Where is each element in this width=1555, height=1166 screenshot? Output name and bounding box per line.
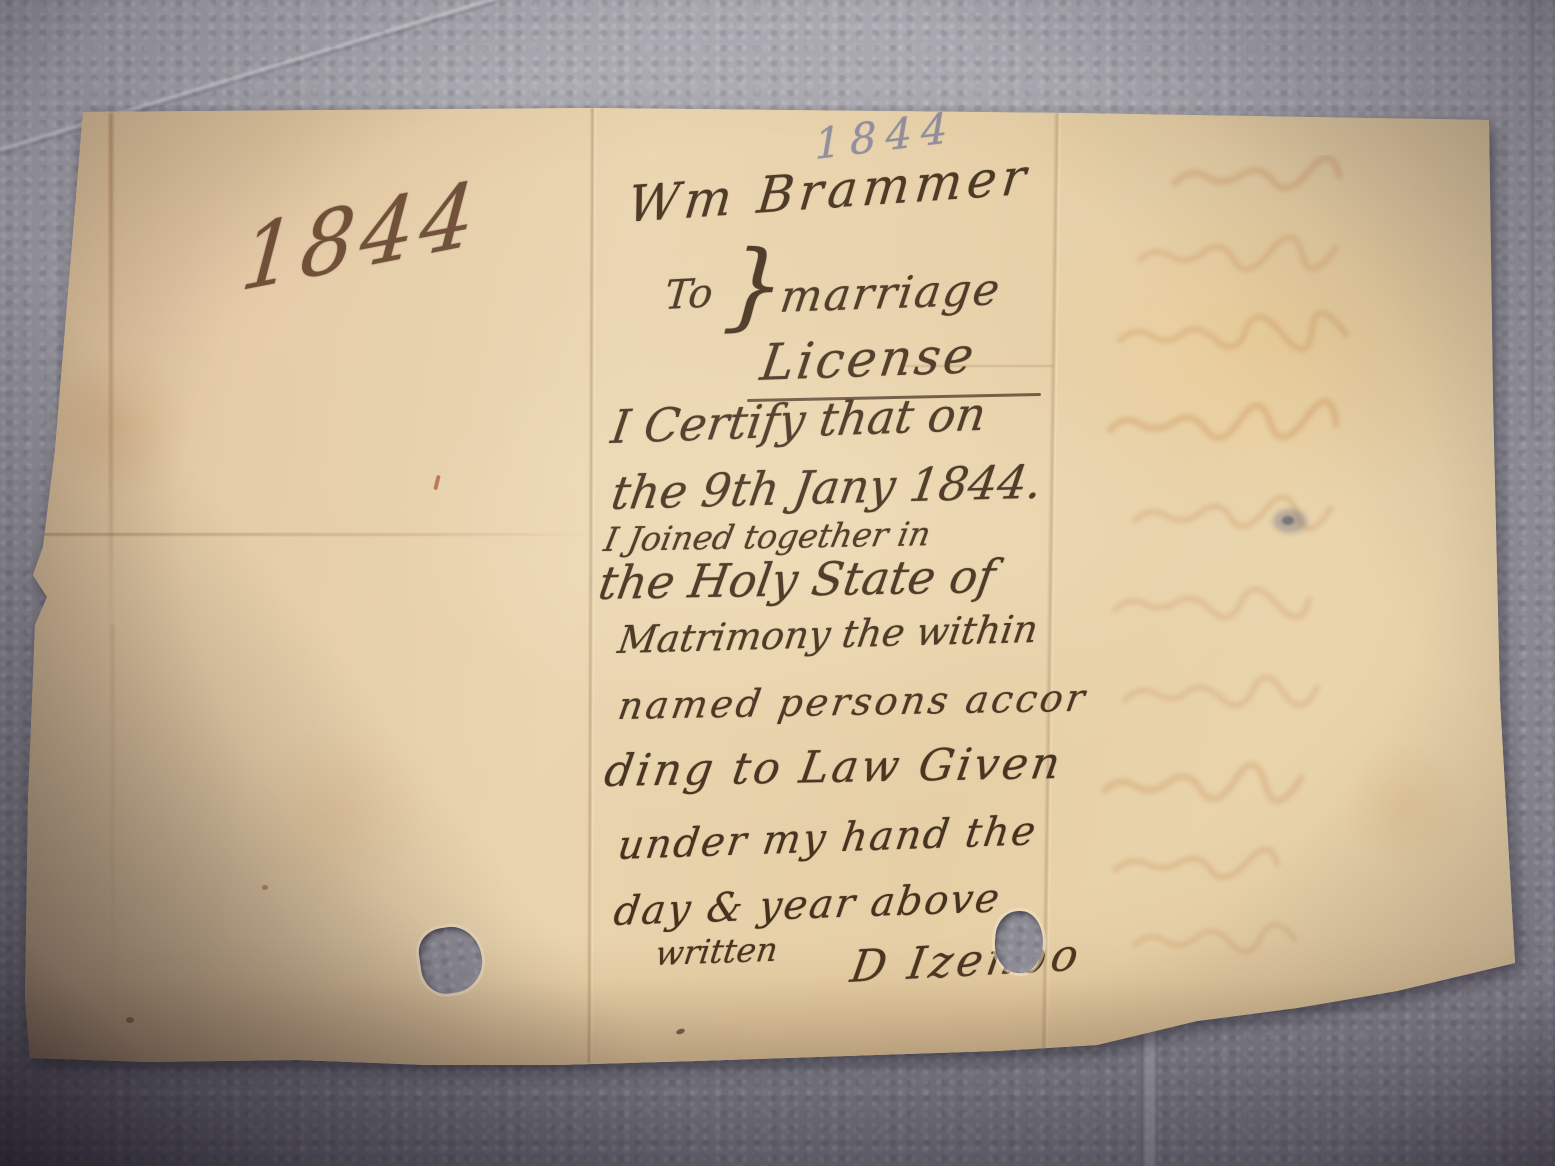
- document-paper-wrap: 1844 1844 Wm Brammer To } marriage Licen…: [25, 105, 1520, 1068]
- document-paper: 1844 1844 Wm Brammer To } marriage Licen…: [25, 105, 1520, 1068]
- paper-edge-shading: [25, 105, 1520, 1068]
- photo-scene: 1844 1844 Wm Brammer To } marriage Licen…: [0, 0, 1555, 1166]
- surface-seam-right: [1531, 0, 1534, 430]
